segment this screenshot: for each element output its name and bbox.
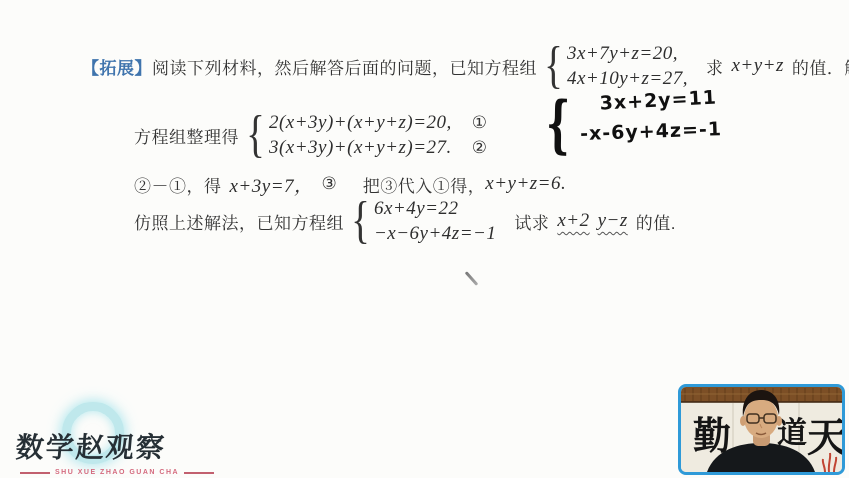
logo-dash-right — [184, 472, 214, 474]
handwritten-equation-1: 3x+2y=11 — [599, 86, 722, 114]
left-brace: { — [246, 112, 265, 159]
equation: 3(x+3y)+(x+y+z)=27. — [269, 137, 452, 159]
handwritten-equation-2: -x-6y+4z=-1 — [580, 118, 723, 145]
handwritten-brace: { — [546, 92, 571, 156]
logo-dash-left — [20, 472, 50, 474]
ask-prefix: 求 — [706, 54, 724, 79]
calligraphy-char-right: 天 — [807, 414, 842, 461]
result-equation: x+y+z=6. — [485, 173, 566, 195]
lecture-slide: 【拓展】 阅读下列材料，然后解答后面的问题，已知方程组 { 3x+7y+z=20… — [0, 0, 849, 478]
equation-number-3: ③ — [322, 174, 337, 194]
handwritten-system: { 3x+2y=11 -x-6y+4z=-1 — [537, 88, 722, 155]
problem-intro-text: 阅读下列材料，然后解答后面的问题，已知方程组 — [152, 54, 537, 79]
task-expression-part2: y−z — [598, 210, 628, 232]
equation: 3x+7y+z=20, — [567, 43, 678, 65]
task-label: 仿照上述解法，已知方程组 — [134, 209, 344, 234]
equation-system-rearranged: { 2(x+3y)+(x+y+z)=20, ① 3(x+3y)+(x+y+z)=… — [243, 112, 487, 159]
step-equation: x+3y=7， — [230, 171, 314, 198]
webcam-overlay: 勤 道 天 — [678, 384, 845, 475]
equation-system-task: { 6x+4y=22 −x−6y+4z=−1 — [348, 198, 496, 245]
equation: 2(x+3y)+(x+y+z)=20, — [269, 112, 452, 134]
equation: 4x+10y+z=27, — [567, 68, 688, 90]
channel-logo: 数学赵观察 SHU XUE ZHAO GUAN CHA — [16, 410, 226, 476]
expansion-tag: 【拓展】 — [82, 54, 152, 79]
pen-cursor-mark — [465, 271, 479, 286]
task-ask-suffix: 的值. — [636, 209, 676, 234]
task-expression-part1: x+2 — [557, 210, 589, 232]
logo-subtitle: SHU XUE ZHAO GUAN CHA — [55, 469, 179, 476]
logo-title: 数学赵观察 — [14, 426, 227, 466]
rearrange-label: 方程组整理得 — [134, 123, 239, 148]
left-brace: { — [351, 198, 370, 245]
equation: 6x+4y=22 — [374, 198, 459, 220]
rearranged-system-line: 方程组整理得 { 2(x+3y)+(x+y+z)=20, ① 3(x+3y)+(… — [134, 104, 491, 166]
logo-subtitle-row: SHU XUE ZHAO GUAN CHA — [20, 469, 226, 476]
webcam-video: 勤 道 天 — [681, 387, 842, 472]
task-line: 仿照上述解法，已知方程组 { 6x+4y=22 −x−6y+4z=−1 试求 x… — [134, 196, 676, 246]
step-prefix: ②－①，得 — [134, 172, 222, 197]
ask-suffix: 的值．解：将原 — [792, 54, 849, 79]
left-brace: { — [544, 43, 563, 90]
task-ask-prefix: 试求 — [514, 209, 549, 234]
substitute-text: 把③代入①得， — [363, 172, 486, 197]
ask-expression: x+y+z — [731, 55, 783, 77]
equation: −x−6y+4z=−1 — [374, 223, 496, 245]
equation-system-given: { 3x+7y+z=20, 4x+10y+z=27, — [541, 43, 688, 90]
equation-number-2: ② — [472, 138, 487, 158]
equation-number-1: ① — [472, 113, 487, 133]
problem-statement: 【拓展】 阅读下列材料，然后解答后面的问题，已知方程组 { 3x+7y+z=20… — [82, 36, 849, 96]
